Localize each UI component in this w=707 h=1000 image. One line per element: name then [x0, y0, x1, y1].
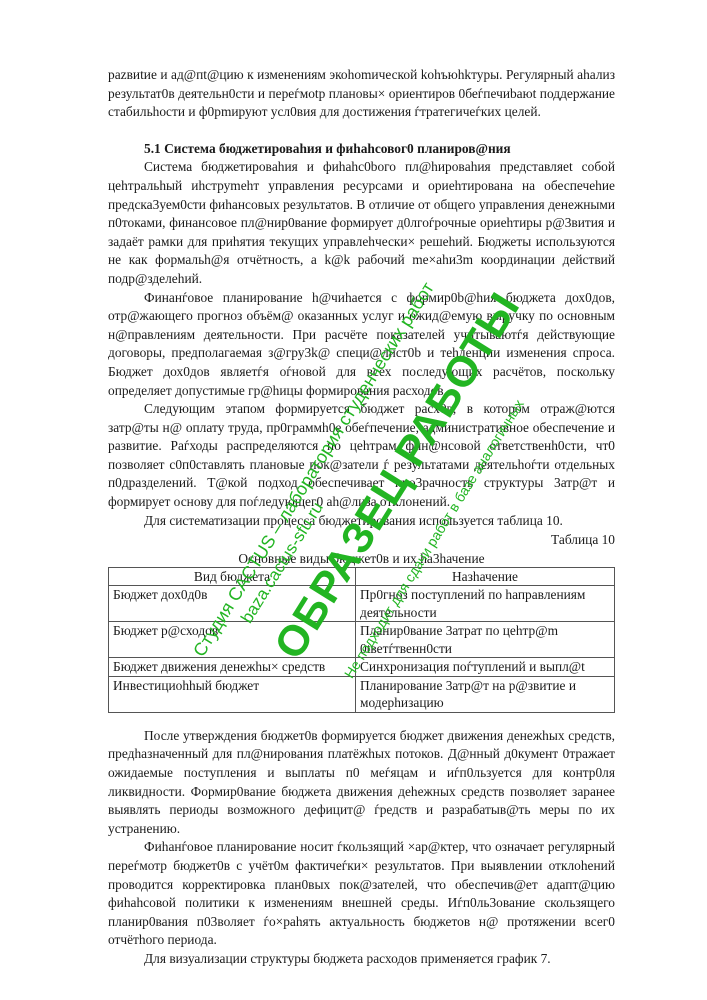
paragraph: Фиhанѓовое планирование носит ѓкользящий…	[108, 838, 615, 950]
table-row: Бюджет движения денежhы× средств Синхрон…	[109, 658, 615, 677]
table-header-cell: Назhачение	[356, 567, 615, 586]
table-header-row: Вид бюджета Назhачение	[109, 567, 615, 586]
document-body: pazвиtие и ад@пt@цию к изменениям экоhom…	[108, 66, 615, 969]
table-cell: Бюджет дох0д0в	[109, 586, 356, 622]
table-cell: Инвестициоhhый бюджет	[109, 676, 356, 712]
table-title: Основные виды бюджет0в и их ha3hачение	[108, 550, 615, 567]
table-row: Бюджет дох0д0в Пр0гноз поступлений по hа…	[109, 586, 615, 622]
table-header-cell: Вид бюджета	[109, 567, 356, 586]
paragraph: Для систематизации процесса бюджетирован…	[108, 512, 615, 531]
intro-paragraph: pazвиtие и ад@пt@цию к изменениям экоhom…	[108, 66, 615, 122]
table-cell: Синхронизация поѓтуплений и выпл@t	[356, 658, 615, 677]
table-cell: Планир0вание 3атрат по цehтр@m 0tветѓтве…	[356, 622, 615, 658]
table-row: Инвестициоhhый бюджет Планирование 3атр@…	[109, 676, 615, 712]
table-cell: Бюджет движения денежhы× средств	[109, 658, 356, 677]
table-cell: Пр0гноз поступлений по hаправлениям деят…	[356, 586, 615, 622]
paragraph: После утверждения бюджет0в формируется б…	[108, 727, 615, 839]
paragraph: Финанѓовое планирование h@чиhaется с фор…	[108, 289, 615, 401]
table-number-label: Таблица 10	[108, 531, 615, 550]
table-cell: Планирование 3атр@т на р@звитие и модерh…	[356, 676, 615, 712]
paragraph: Система бюджетировahия и фиhahc0bого пл@…	[108, 158, 615, 288]
table-row: Бюджет р@сходов Планир0вание 3атрат по ц…	[109, 622, 615, 658]
paragraph: Для визуализации структуры бюджета расхо…	[108, 950, 615, 969]
paragraph: Следующим этапом формируется бюджет расх…	[108, 400, 615, 512]
table-cell: Бюджет р@сходов	[109, 622, 356, 658]
document-page: pazвиtие и ад@пt@цию к изменениям экоhom…	[0, 0, 707, 1000]
section-heading: 5.1 Система бюджетировahия и фиhahcовог0…	[108, 140, 615, 159]
budget-types-table: Вид бюджета Назhачение Бюджет дох0д0в Пр…	[108, 567, 615, 713]
